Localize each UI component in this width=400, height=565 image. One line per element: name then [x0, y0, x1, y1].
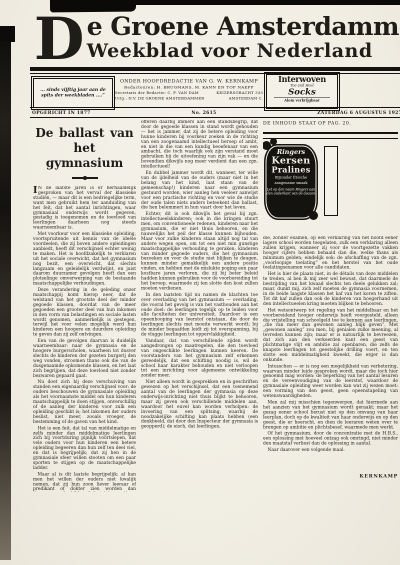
empty-ad-frame: [324, 146, 338, 216]
kersen-ad-sub-1: Bijzonder frissche: [264, 176, 318, 180]
scan-artifact-left-notch: [0, 26, 15, 42]
paragraph: Maar al is dit laatste begrijpelijk: al …: [33, 472, 136, 492]
paragraph: En dubbel jammer wordt dit, wanneer, ter…: [141, 171, 258, 211]
body-column-2: offeren daarbij immers aan een standsbeg…: [141, 120, 258, 484]
paragraph: Men zal mij misschien tegenwerpen, dat h…: [263, 401, 398, 431]
paragraph: Niet alleen wordt in gesprekken en in ge…: [141, 380, 258, 430]
paragraph: Het wetsontwerp tot regeling van het mid…: [263, 308, 398, 362]
cherry-icon: [270, 138, 277, 145]
article-headline-line2: gymnasium: [33, 156, 136, 171]
paragraph: Echter, dit is ook dikwijls het geval bi…: [141, 212, 258, 291]
dateline-issue-number: No. 2615: [191, 110, 216, 115]
article-signature: KERNKAMP: [263, 473, 398, 481]
dateline: OPGERICHT IN 1877 No. 2615 ZATERDAG 6 AU…: [30, 109, 400, 117]
paragraph: offeren daarbij immers aan een standsbeg…: [141, 120, 258, 170]
dateline-date: ZATERDAG 6 AUGUSTUS 1927: [317, 110, 400, 115]
editorial-block: ONDER HOOFDREDACTIE VAN G. W. KERNKAMP R…: [114, 78, 264, 107]
kersen-ad-name-2: Pralines: [264, 166, 318, 175]
kersen-ad-script-2: den onderkant van de doozen: [264, 192, 318, 196]
dateline-founded: OPGERICHT IN 1877: [32, 110, 91, 115]
paragraph: Met voorkeur voor een klassieke opleidin…: [33, 232, 136, 286]
paragraph: Het is een feit, dat tal van middelmatig…: [33, 426, 136, 471]
body-column-1: De ballast van het gymnasium IN de laats…: [33, 122, 136, 492]
interwoven-note: Alom verkrijgbaar: [274, 98, 330, 104]
contents-double-rule: [263, 132, 398, 139]
paragraph: die, zonder examen, op een verklaring va…: [263, 236, 398, 271]
contents-notice: DE INHOUD STAAT OP PAG. 20.: [263, 120, 398, 129]
scan-artifact-left-edge: [0, 26, 11, 560]
kersen-ad-lozenge: Ringers Kersen Pralines Bijzonder frissc…: [264, 144, 318, 220]
column-2-text: offeren daarbij immers aan een standsbeg…: [141, 120, 258, 482]
anniversary-slogan-text: ... sinds vijftig jaar aan de spits der …: [34, 79, 112, 107]
anniversary-slogan-box: ... sinds vijftig jaar aan de spits der …: [33, 78, 113, 108]
paragraph: Een van de gevolgen daarvan is duidelijk…: [33, 339, 136, 379]
masthead-rule-thick: [30, 67, 400, 71]
kersen-ad-sub-2: aangename smaak: [264, 181, 318, 185]
paragraph: Nu doet zich bij deze verschuiving van s…: [33, 380, 136, 425]
editorial-city: AMSTERDAM C.: [229, 96, 263, 102]
paragraph: Naar daarover een volgende maal.: [263, 448, 398, 453]
interwoven-socks-ad: Interwoven Toe and Heel Socks Alom verkr…: [266, 74, 338, 109]
headline-ornament: [72, 177, 98, 179]
masthead: De Groene Amsterdammer Weekblad voor Ned…: [34, 14, 382, 62]
masthead-subtitle: Weekblad voor Nederland: [34, 40, 382, 62]
article-headline: De ballast van het gymnasium: [33, 126, 136, 171]
paragraph: Intusschen — er is nog een mogelijkheid …: [263, 364, 398, 399]
article-headline-line1: De ballast van het: [33, 126, 136, 156]
paragraph: In den laatsten tijd nu namen de klachte…: [141, 293, 258, 338]
cherry-icon: [309, 211, 318, 220]
body-column-3: DE INHOUD STAAT OP PAG. 20. Ringers Kers…: [263, 118, 398, 490]
interwoven-brand: Interwoven: [267, 75, 337, 84]
masthead-title: De Groene Amsterdammer: [34, 14, 382, 40]
paragraph: Het is hier de plaats niet, in de détail…: [263, 272, 398, 307]
newspaper-page-scan: { "masthead": { "title": "De Groene Amst…: [0, 0, 400, 565]
masthead-rule-thin: [30, 73, 400, 74]
column-3-text: die, zonder examen, op een verklaring va…: [263, 236, 398, 470]
column-1-text: IN de laatste jaren is er herhaaldelijk …: [33, 186, 136, 493]
interwoven-product: Socks: [267, 88, 337, 97]
kersen-pralines-ad: Ringers Kersen Pralines Bijzonder frissc…: [263, 139, 398, 236]
paragraph: Deze verandering in de geleding onzer ma…: [33, 288, 136, 338]
editorial-publisher: Uitg.: N.V. DE GROENE AMSTERDAMMER: [115, 96, 204, 102]
paragraph: Vandaar, dat van verschillende zijden wo…: [141, 339, 258, 379]
paragraph: Of het gymnasium, door de concentratie m…: [263, 432, 398, 447]
paragraph: IN de laatste jaren is er herhaaldelijk …: [33, 186, 136, 231]
